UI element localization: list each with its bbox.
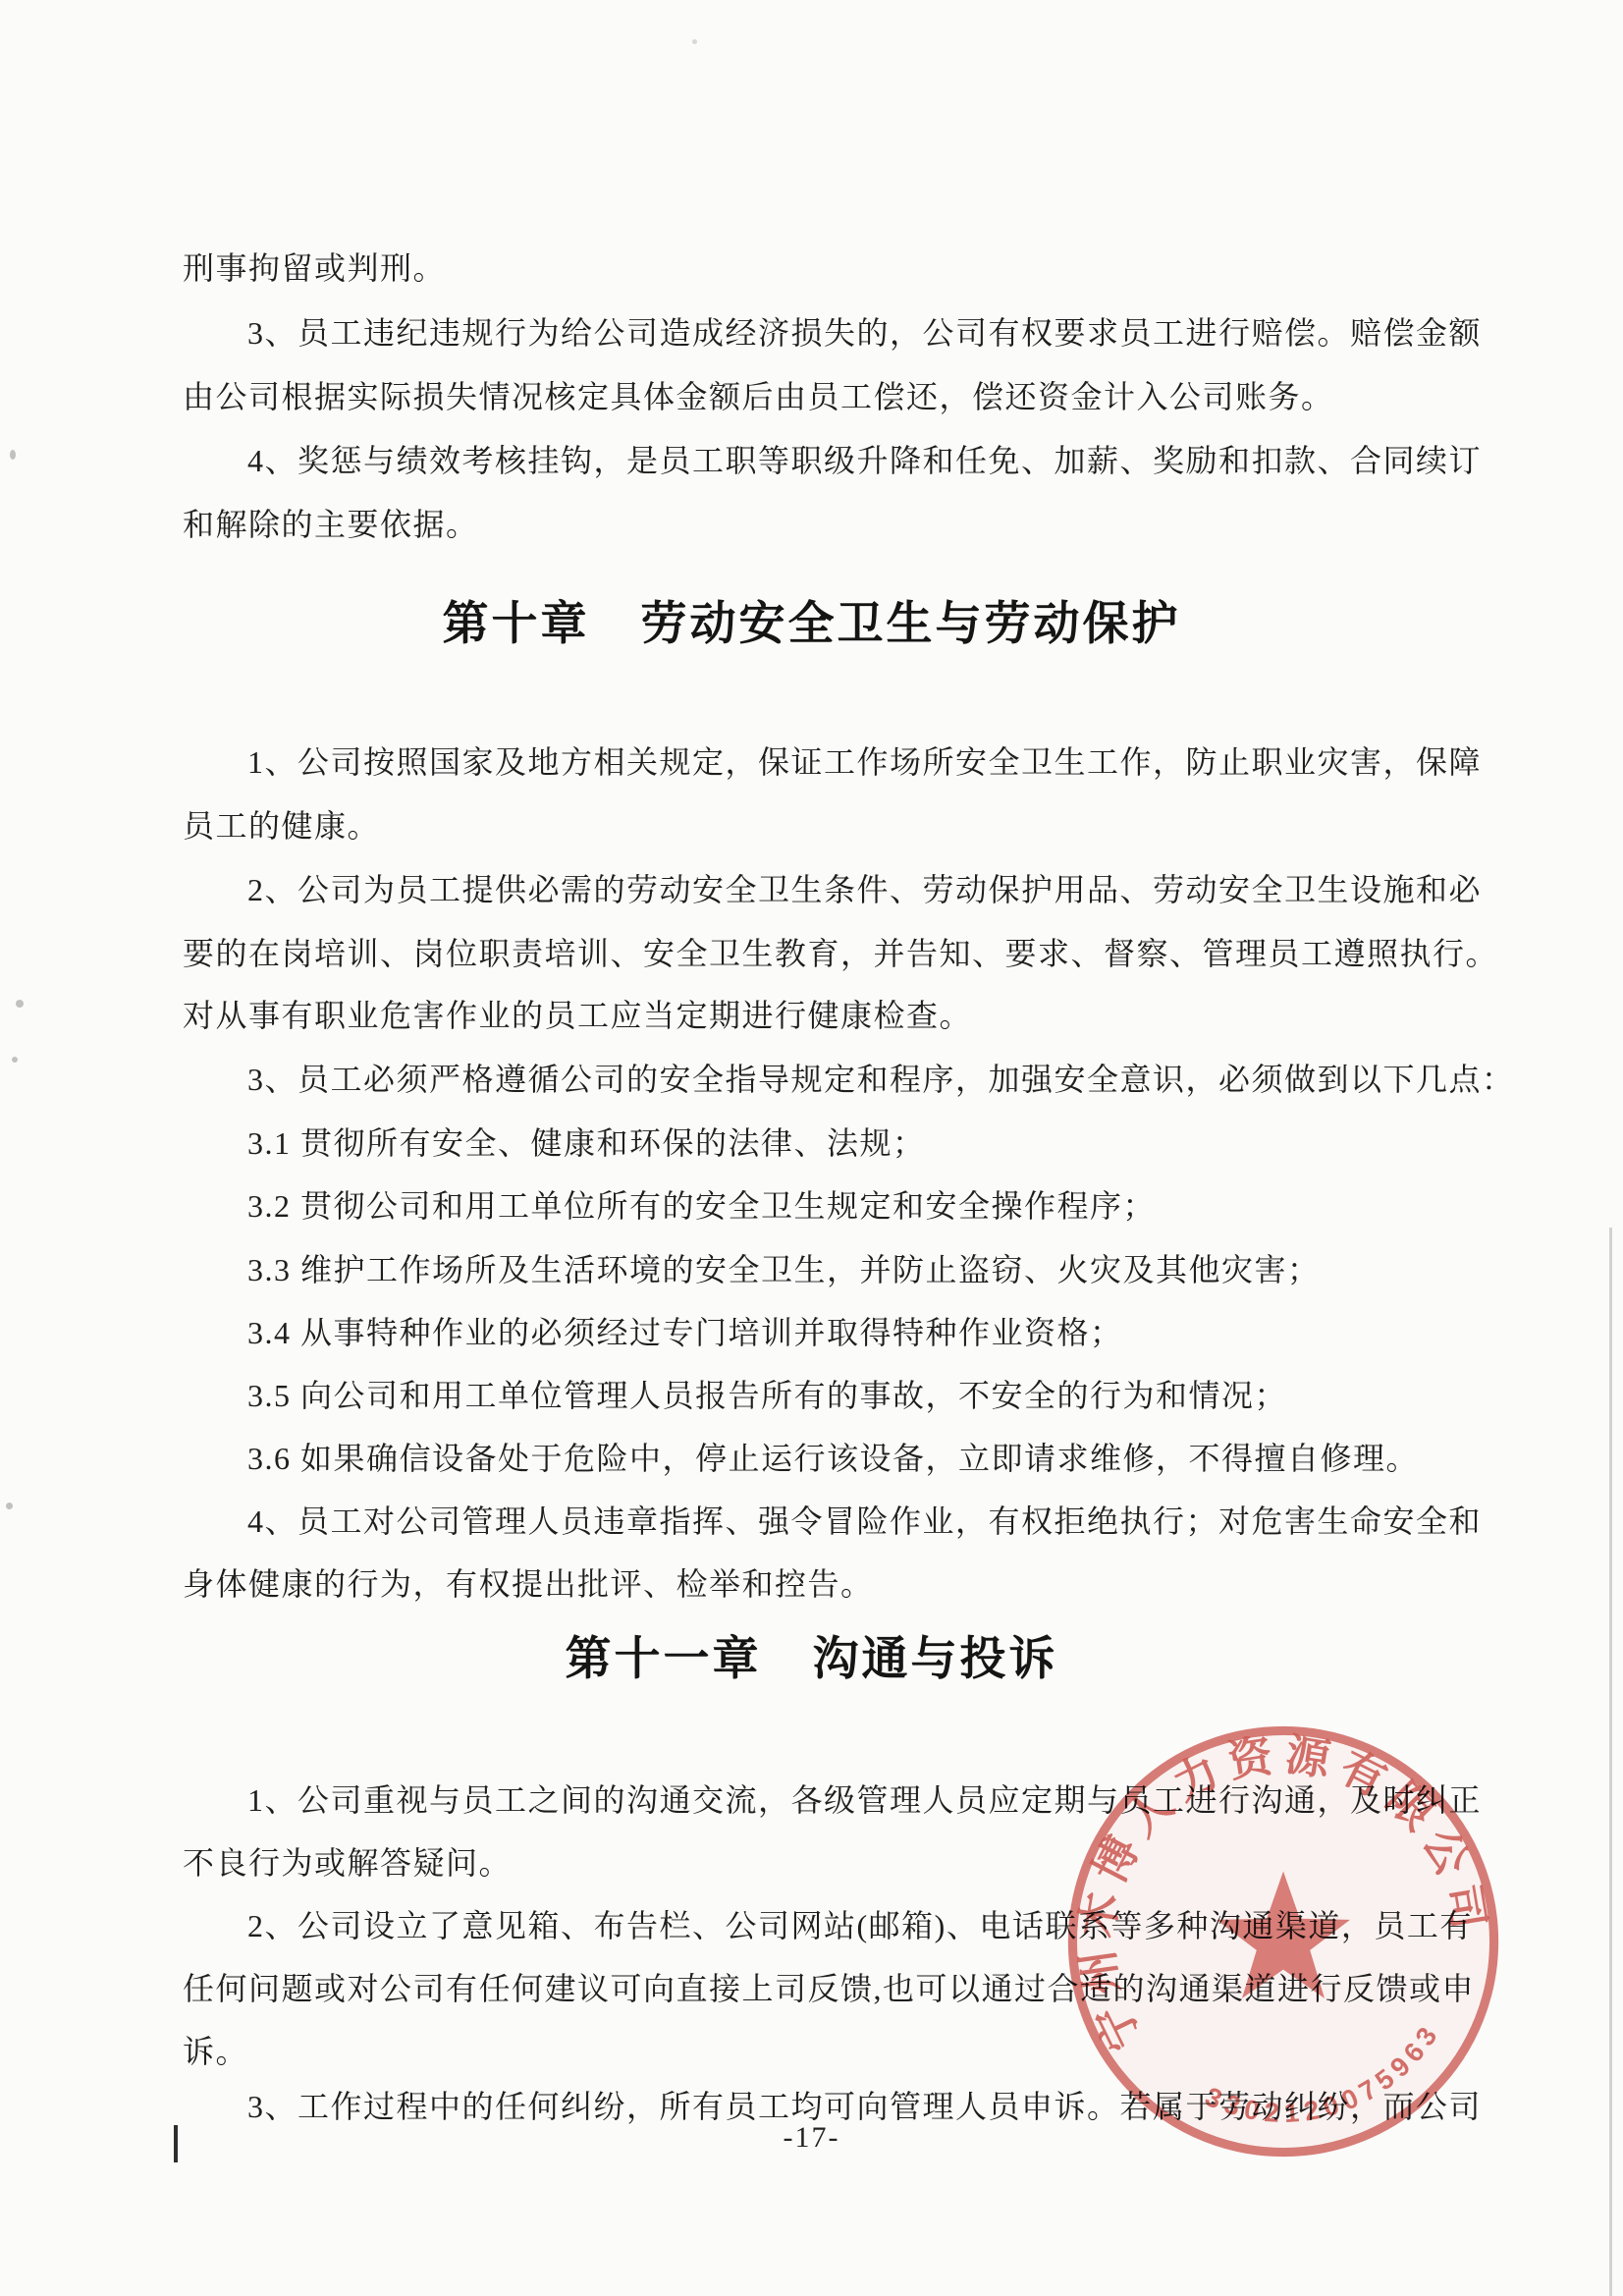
document-page: 刑事拘留或判刑。 3、员工违纪违规行为给公司造成经济损失的，公司有权要求员工进行… bbox=[0, 0, 1623, 2296]
scan-speck-artifact bbox=[692, 39, 697, 44]
scan-edge-artifact bbox=[1609, 1228, 1612, 2296]
doc-line: 2、公司为员工提供必需的劳动安全卫生条件、劳动保护用品、劳动安全卫生设施和必 bbox=[247, 869, 1486, 910]
doc-line: 3.5 向公司和用工单位管理人员报告所有的事故，不安全的行为和情况； bbox=[247, 1375, 1486, 1416]
doc-line: 3.2 贯彻公司和用工单位所有的安全卫生规定和安全操作程序； bbox=[247, 1185, 1486, 1227]
scan-speck-artifact bbox=[10, 450, 16, 460]
doc-line: 刑事拘留或判刑。 bbox=[183, 247, 1486, 289]
doc-line: 3.1 贯彻所有安全、健康和环保的法律、法规； bbox=[247, 1122, 1486, 1164]
chapter-heading: 第十一章 沟通与投诉 bbox=[0, 1622, 1623, 1688]
doc-line: 诉。 bbox=[183, 2031, 1486, 2072]
doc-line: 任何问题或对公司有任何建议可向直接上司反馈,也可以通过合适的沟通渠道进行反馈或申 bbox=[183, 1968, 1486, 2009]
scan-speck-artifact bbox=[16, 1000, 24, 1008]
doc-line: 不良行为或解答疑问。 bbox=[183, 1842, 1486, 1884]
page-number: -17- bbox=[0, 2121, 1623, 2155]
doc-line: 1、公司按照国家及地方相关规定，保证工作场所安全卫生工作，防止职业灾害，保障 bbox=[247, 741, 1486, 783]
doc-line: 3.3 维护工作场所及生活环境的安全卫生，并防止盗窃、火灾及其他灾害； bbox=[247, 1249, 1486, 1290]
chapter-number: 第十章 bbox=[443, 587, 590, 653]
chapter-number: 第十一章 bbox=[566, 1622, 762, 1688]
chapter-title: 沟通与投诉 bbox=[813, 1622, 1058, 1688]
doc-line: 3、员工违纪违规行为给公司造成经济损失的，公司有权要求员工进行赔偿。赔偿金额 bbox=[247, 312, 1486, 354]
doc-line: 4、奖惩与绩效考核挂钩，是员工职等职级升降和任免、加薪、奖励和扣款、合同续订 bbox=[247, 440, 1486, 481]
doc-line: 4、员工对公司管理人员违章指挥、强令冒险作业，有权拒绝执行；对危害生命安全和 bbox=[247, 1501, 1486, 1542]
doc-line: 对从事有职业危害作业的员工应当定期进行健康检查。 bbox=[183, 995, 1486, 1036]
scan-speck-artifact bbox=[6, 1503, 13, 1509]
doc-line: 要的在岗培训、岗位职责培训、安全卫生教育，并告知、要求、督察、管理员工遵照执行。 bbox=[183, 933, 1486, 974]
doc-line: 3.4 从事特种作业的必须经过专门培训并取得特种作业资格； bbox=[247, 1312, 1486, 1353]
scan-speck-artifact bbox=[12, 1057, 18, 1063]
doc-line: 3.6 如果确信设备处于危险中，停止运行该设备，立即请求维修，不得擅自修理。 bbox=[247, 1438, 1486, 1479]
scan-mark-artifact bbox=[174, 2125, 178, 2162]
doc-line: 员工的健康。 bbox=[183, 805, 1486, 847]
chapter-heading: 第十章 劳动安全卫生与劳动保护 bbox=[0, 587, 1623, 653]
doc-line: 1、公司重视与员工之间的沟通交流，各级管理人员应定期与员工进行沟通，及时纠正 bbox=[247, 1779, 1486, 1821]
chapter-title: 劳动安全卫生与劳动保护 bbox=[641, 587, 1181, 653]
doc-line: 2、公司设立了意见箱、布告栏、公司网站(邮箱)、电话联系等多种沟通渠道，员工有 bbox=[247, 1905, 1486, 1946]
doc-line: 和解除的主要依据。 bbox=[183, 504, 1486, 545]
doc-line: 3、员工必须严格遵循公司的安全指导规定和程序，加强安全意识，必须做到以下几点： bbox=[247, 1059, 1486, 1100]
doc-line: 由公司根据实际损失情况核定具体金额后由员工偿还，偿还资金计入公司账务。 bbox=[183, 376, 1486, 417]
doc-line: 身体健康的行为，有权提出批评、检举和控告。 bbox=[183, 1563, 1486, 1605]
